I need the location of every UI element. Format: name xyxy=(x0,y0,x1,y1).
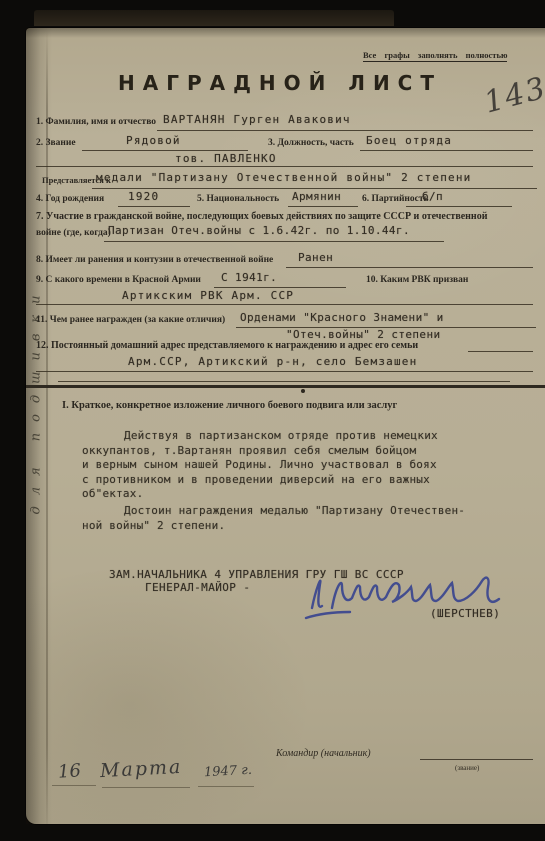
margin-vertical-note: для подшивки xyxy=(29,190,44,610)
field-7-label-line1: 7. Участие в гражданской войне, последую… xyxy=(36,211,487,222)
previous-page-edge xyxy=(34,10,394,26)
field-2-value: Рядовой xyxy=(126,134,181,147)
field-11-value-line1: Орденами "Красного Знамени" и xyxy=(240,311,444,324)
form-rule xyxy=(406,206,512,207)
field-3-value: Боец отряда xyxy=(366,134,452,147)
scanned-award-sheet: для подшивки Все графы заполнять полност… xyxy=(0,0,545,841)
date-underline xyxy=(102,787,190,788)
document-title: НАГРАДНОЙ ЛИСТ xyxy=(60,71,500,95)
form-rule xyxy=(82,150,248,151)
date-underline xyxy=(198,786,254,787)
rank-hint-label: (звание) xyxy=(455,764,479,772)
field-2-label: 2. Звание xyxy=(36,138,76,148)
merit-paragraph-2: Достоин награждения медалью "Партизану О… xyxy=(82,504,522,533)
field-10-label: 10. Каким РВК призван xyxy=(366,275,468,285)
field-8-value: Ранен xyxy=(298,251,333,264)
fold-crease xyxy=(46,30,48,824)
form-rule xyxy=(157,130,533,131)
commander-label: Командир (начальник) xyxy=(276,748,371,759)
form-rule xyxy=(92,188,537,189)
form-rule xyxy=(36,371,533,372)
field-9-label: 9. С какого времени в Красной Армии xyxy=(36,275,201,285)
field-12-label: 12. Постоянный домашний адрес представля… xyxy=(36,340,418,351)
form-rule xyxy=(214,287,346,288)
divider-thin-line xyxy=(58,381,510,382)
field-3-label: 3. Должность, часть xyxy=(268,138,354,148)
divider-dot xyxy=(301,389,305,393)
field-6-label: 6. Партийность xyxy=(362,194,429,204)
field-1-value: ВАРТАНЯН Гурген Авакович xyxy=(163,113,351,126)
field-9-value: С 1941г. xyxy=(221,271,277,284)
field-4-value: 1920 xyxy=(128,190,159,203)
field-7-label-line2: войне (где, когда) xyxy=(36,228,111,238)
signatory-position-line2: ГЕНЕРАЛ-МАЙОР - xyxy=(145,581,250,594)
date-day-handwritten: 16 xyxy=(57,760,81,783)
field-7-value: Партизан Отеч.войны с 1.6.42г. по 1.10.4… xyxy=(108,224,410,237)
commander-signature-line xyxy=(420,759,533,760)
form-rule xyxy=(288,206,358,207)
fill-all-fields-note: Все графы заполнять полностью xyxy=(363,50,507,62)
divider-thick-line xyxy=(26,385,545,388)
form-rule xyxy=(360,150,533,151)
date-month-handwritten: Марта xyxy=(99,756,182,782)
presented-for-value: медали "Партизану Отечественной войны" 2… xyxy=(96,171,471,184)
merit-paragraph-1: Действуя в партизанском отряде против не… xyxy=(82,429,522,502)
form-rule xyxy=(36,304,533,305)
field-5-label: 5. Национальность xyxy=(197,194,279,204)
field-10-value: Артикским РВК Арм. ССР xyxy=(122,289,294,302)
signatory-surname: (ШЕРСТНЕВ) xyxy=(430,607,500,620)
field-8-label: 8. Имеет ли ранения и контузии в отечест… xyxy=(36,255,273,265)
date-underline xyxy=(52,785,96,786)
field-4-label: 4. Год рождения xyxy=(36,194,104,204)
field-3-value-line2: тов. ПАВЛЕНКО xyxy=(175,152,277,165)
field-12-value: Арм.ССР, Артикский р-н, село Бемзашен xyxy=(128,355,417,368)
field-6-value: б/п xyxy=(422,190,443,203)
date-year-handwritten: 1947 г. xyxy=(204,763,253,780)
form-rule xyxy=(36,166,533,167)
merit-section-heading: I. Краткое, конкретное изложение личного… xyxy=(62,400,397,411)
form-rule xyxy=(468,351,533,352)
field-5-value: Армянин xyxy=(292,190,341,203)
form-rule xyxy=(104,241,444,242)
form-rule xyxy=(286,267,533,268)
form-rule xyxy=(118,206,190,207)
field-1-label: 1. Фамилия, имя и отчество xyxy=(36,117,156,127)
field-11-label: 11. Чем ранее награжден (за какие отличи… xyxy=(36,315,225,325)
